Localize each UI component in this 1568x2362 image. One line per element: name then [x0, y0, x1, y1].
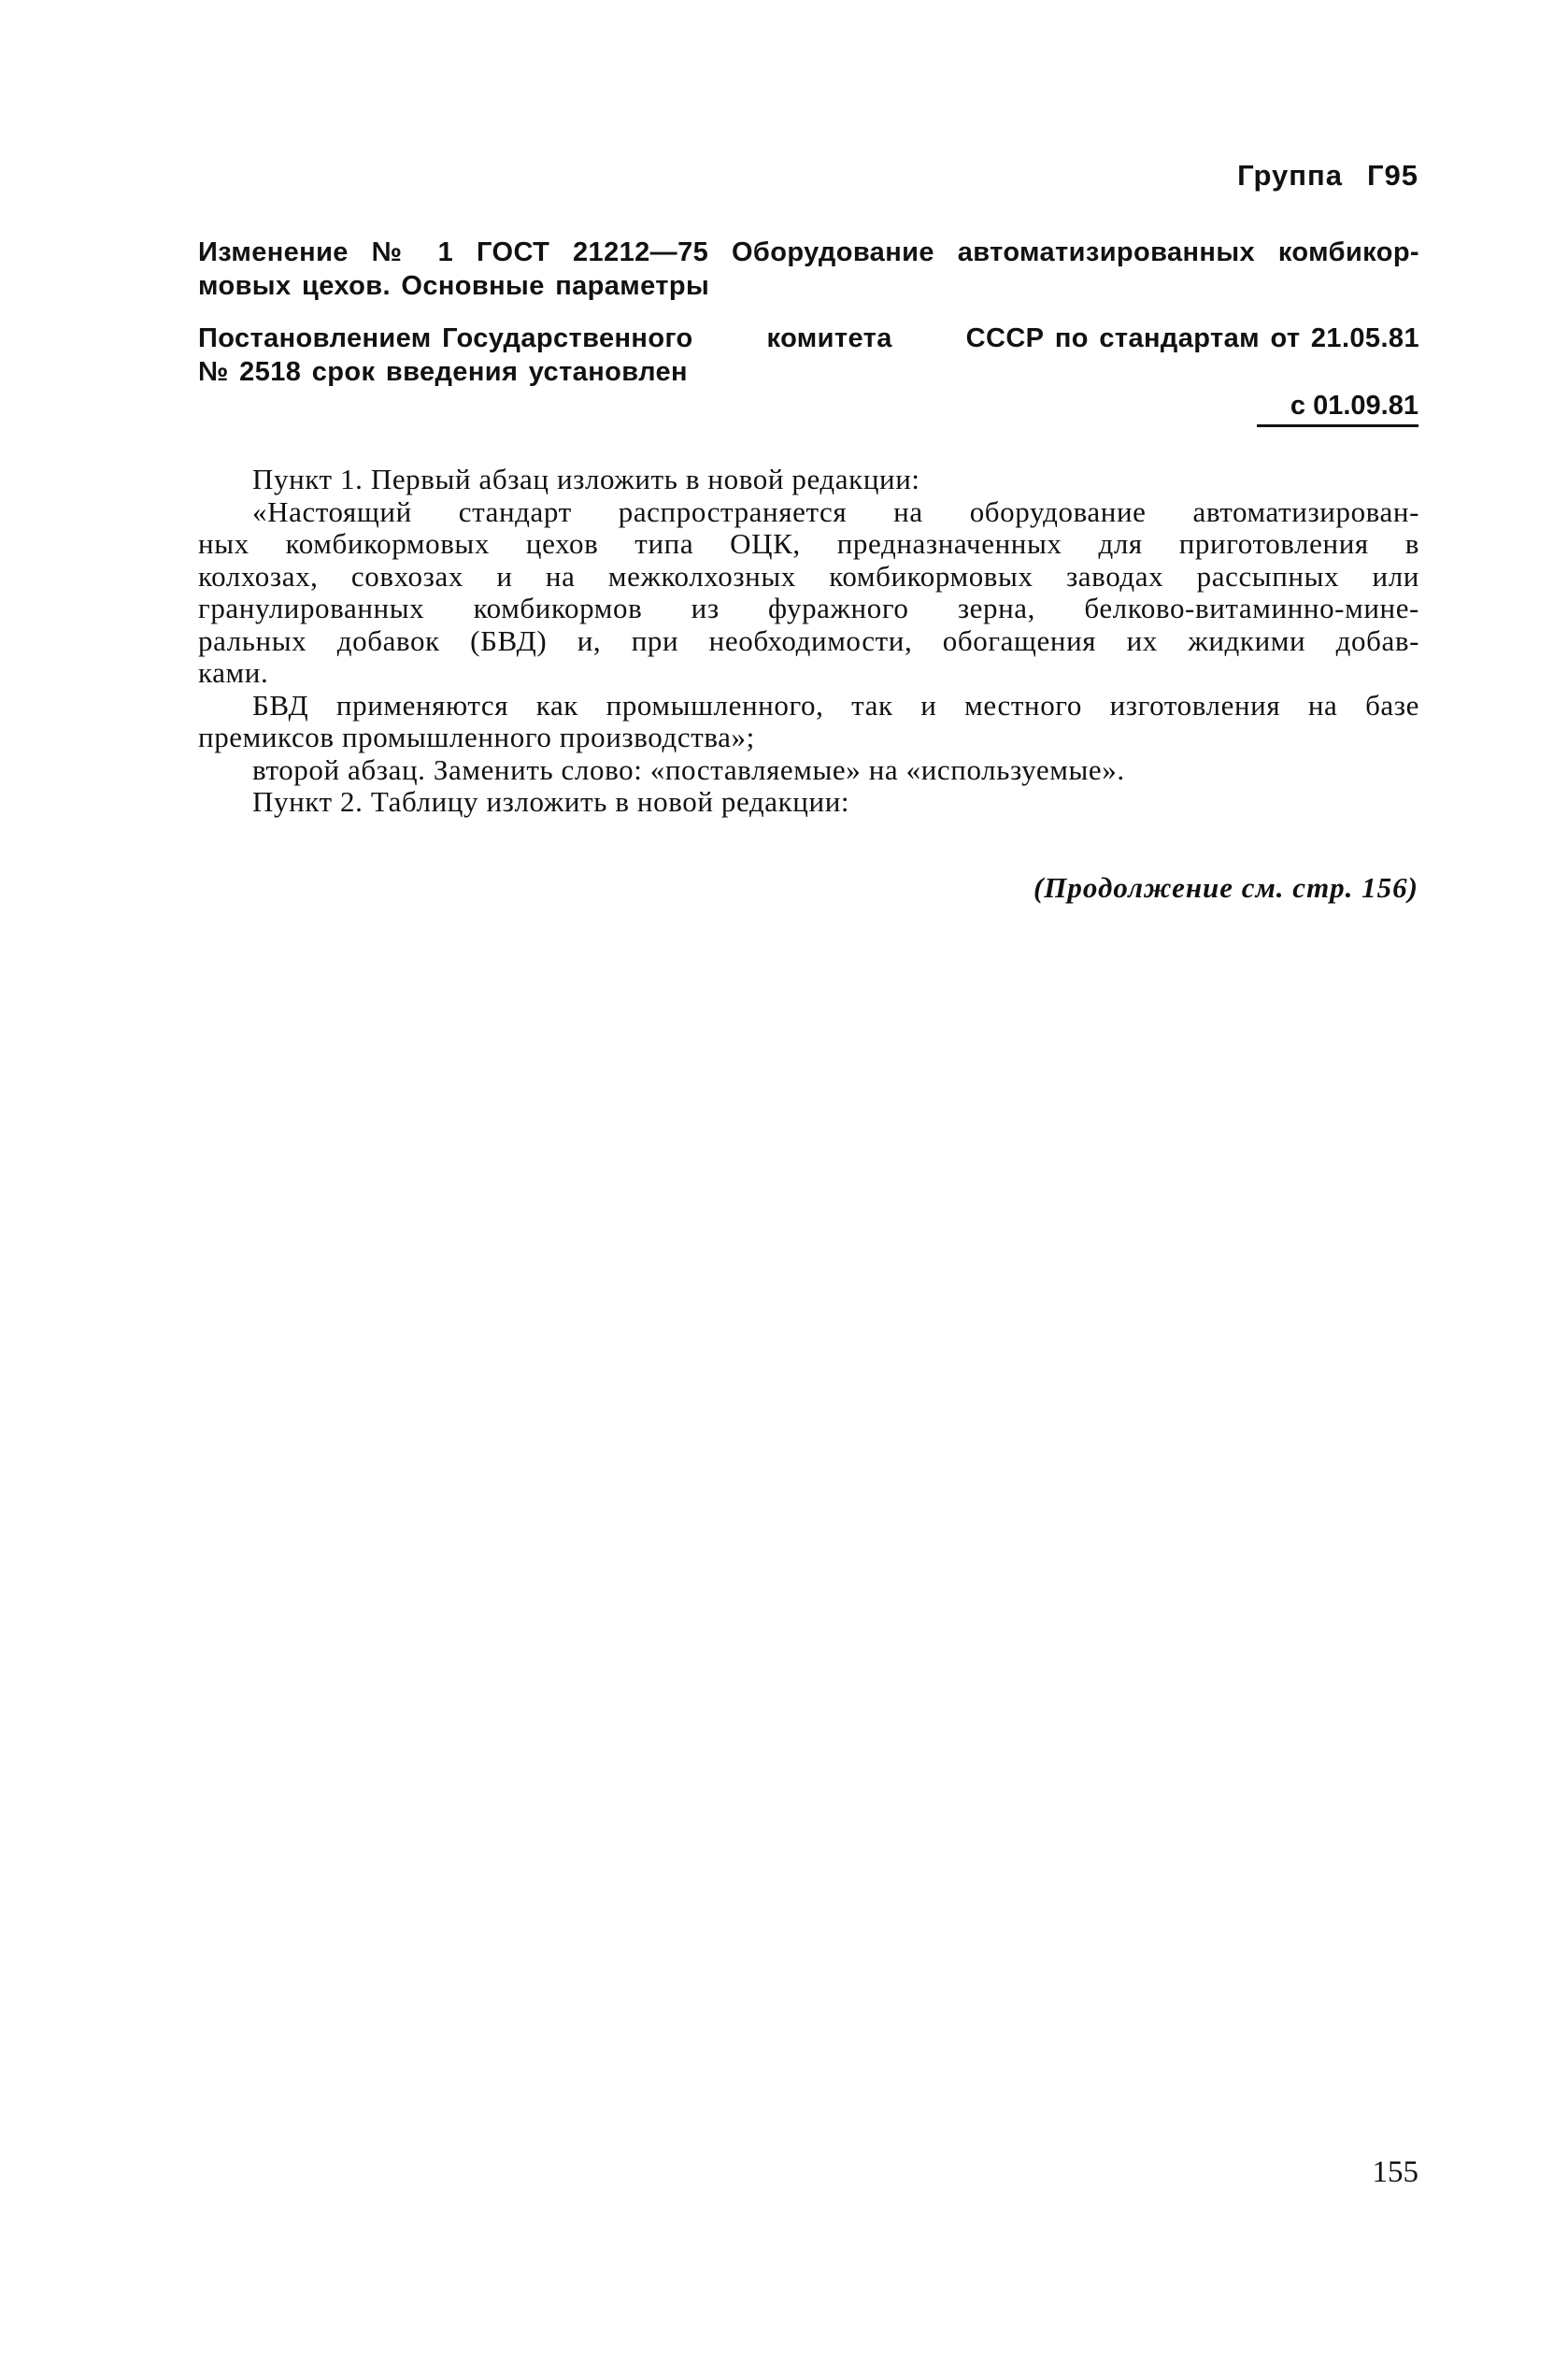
- group-label-text: Группа: [1237, 159, 1343, 192]
- amendment-title-line-2: мовых цехов. Основные параметры: [198, 269, 1419, 303]
- body-line: Пункт 1. Первый абзац изложить в новой р…: [198, 464, 1419, 496]
- document-page: ГруппаГ95 Изменение № 1 ГОСТ 21212—75 Об…: [0, 0, 1568, 2362]
- decree-statement: Постановлением Государственного комитета…: [198, 322, 1419, 389]
- body-line: Пункт 2. Таблицу изложить в новой редакц…: [198, 786, 1419, 819]
- body-line: гранулированных комбикормов из фуражного…: [198, 593, 1419, 625]
- decree-line-2: № 2518 срок введения установлен: [198, 355, 1419, 389]
- amendment-body: Пункт 1. Первый абзац изложить в новой р…: [198, 464, 1419, 819]
- body-line: ных комбикормовых цехов типа ОЦК, предна…: [198, 528, 1419, 561]
- effective-date: с 01.09.81: [1290, 391, 1418, 427]
- decree-line-1: Постановлением Государственного комитета…: [198, 322, 1419, 355]
- page-number: 155: [1373, 2155, 1419, 2190]
- body-line: «Настоящий стандарт распространяется на …: [198, 496, 1419, 529]
- classification-group: ГруппаГ95: [1237, 159, 1418, 193]
- body-line: ками.: [198, 657, 1419, 690]
- body-line: БВД применяются как промышленного, так и…: [198, 690, 1419, 723]
- amendment-title-line-1: Изменение № 1 ГОСТ 21212—75 Оборудование…: [198, 236, 1419, 269]
- body-line: колхозах, совхозах и на межколхозных ком…: [198, 561, 1419, 594]
- body-line: премиксов промышленного производства»;: [198, 722, 1419, 754]
- group-code: Г95: [1367, 159, 1418, 192]
- amendment-title: Изменение № 1 ГОСТ 21212—75 Оборудование…: [198, 236, 1419, 303]
- body-line: ральных добавок (БВД) и, при необходимос…: [198, 625, 1419, 658]
- body-line: второй абзац. Заменить слово: «поставляе…: [198, 754, 1419, 787]
- continuation-note: (Продолжение см. стр. 156): [1033, 871, 1418, 905]
